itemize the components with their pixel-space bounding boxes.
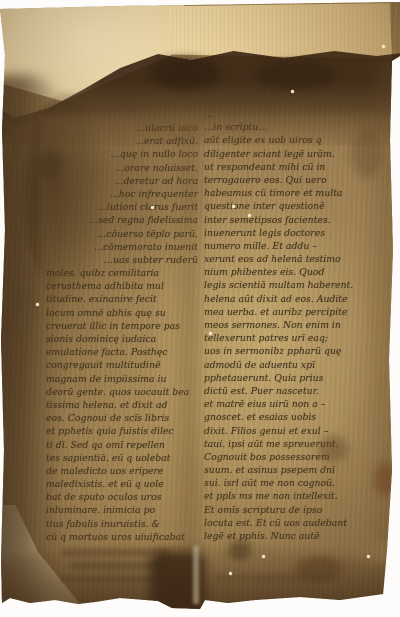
- manuscript-text-line: numero mille. Et addu –: [204, 240, 388, 253]
- manuscript-text-line: terrogauero eos. Qui uero: [204, 174, 388, 187]
- stain-spot: [352, 128, 382, 178]
- text-column-left: …ulacrū uico…erat adfixū.…quę in nullo l…: [46, 122, 198, 544]
- manuscript-text-line: sionis dominicę iudaica: [46, 333, 198, 346]
- stain-margin-right: [362, 62, 396, 542]
- manuscript-text-line: legē et pphis. Nunc autē: [204, 530, 388, 543]
- manuscript-text-line: maledixistis. et eū q uole: [46, 478, 198, 491]
- manuscript-text-line: …ulacrū uico: [46, 122, 198, 135]
- manuscript-text-line: inuenerunt legis doctores: [204, 227, 388, 240]
- manuscript-text-line: congregauit multitudinē: [46, 359, 198, 372]
- manuscript-text-line: …hoc infrequenter: [46, 188, 198, 201]
- manuscript-text-line: bat de sputo oculos uros: [46, 491, 198, 504]
- erased-text-smudge: [70, 562, 165, 569]
- age-tint-overlay: [40, 115, 395, 555]
- stain-bulge-upper-left: [25, 92, 110, 307]
- stain-spot: [374, 462, 396, 496]
- edge-vignette: [0, 0, 400, 617]
- manuscript-text-line: …deretur ad hora: [46, 175, 198, 188]
- manuscript-text-line: deorū gente. quos uocauit bea: [46, 386, 198, 399]
- stain-spot: [318, 436, 348, 462]
- parchment-fleck: [248, 214, 251, 217]
- manuscript-text-line: xerunt eos ad helenā testimo: [204, 253, 388, 266]
- crease-scratch: [193, 546, 199, 604]
- parchment-fleck: [209, 332, 212, 335]
- manuscript-text-line: …in scriptu…: [204, 121, 388, 134]
- manuscript-text-line: locum omnē abhis quę su: [46, 307, 198, 320]
- parchment-leaf: …ulacrū uico…erat adfixū.…quę in nullo l…: [0, 0, 400, 617]
- manuscript-text-line: …lutioni clarus fuerit: [46, 201, 198, 214]
- manuscript-text-line: meos sermones. Non enim in: [204, 319, 388, 332]
- manuscript-text-line: ti dī. Sed qa omī repellen: [46, 439, 198, 452]
- manuscript-text-line: Cognouit bos possessorem: [204, 451, 388, 464]
- manuscript-text-line: et pphetis quia fuistis dilec: [46, 425, 198, 438]
- manuscript-text-line: sui. isrl aūt me non cognoū.: [204, 477, 388, 490]
- manuscript-text-line: pphetauerunt. Quia prius: [204, 372, 388, 385]
- manuscript-text-line: dixit. Filios genui et exul –: [204, 425, 388, 438]
- manuscript-text-line: taui. ipsi aūt me spreuerunt.: [204, 438, 388, 451]
- manuscript-text-line: …cōuerso tēplo parū.: [46, 228, 198, 241]
- stain-band-bottom: [0, 548, 400, 617]
- unstained-strip-top-right: [168, 0, 392, 62]
- manuscript-text-line: …erat adfixū.: [46, 135, 198, 148]
- manuscript-text-line: Et omīs scriptura de ipso: [204, 504, 388, 517]
- parchment-fleck: [291, 90, 294, 93]
- stain-spot: [255, 60, 335, 90]
- manuscript-text-line: locuta est. Et cū uos audebant: [204, 517, 388, 530]
- manuscript-text-line: eos. Cognoui de scīs libris: [46, 412, 198, 425]
- parchment-fleck: [367, 555, 370, 558]
- manuscript-text-line: inluminare. inimicia po: [46, 504, 198, 517]
- stain-spot: [296, 556, 342, 582]
- pale-patch-bottom-left: [0, 505, 85, 610]
- stain-spot: [150, 56, 220, 90]
- dark-flap-bottom: [150, 550, 205, 614]
- manuscript-text-line: habeamus cū timore et multa: [204, 187, 388, 200]
- manuscript-text-line: helena aūt dixit ad eos. Audite: [204, 293, 388, 306]
- stain-band-top: [0, 46, 400, 146]
- manuscript-text-line: uos in sermonibz ppharū quę: [204, 345, 388, 358]
- erased-text-smudge: [62, 549, 170, 556]
- manuscript-text-line: …orare noluisset.: [46, 162, 198, 175]
- parchment-fleck: [151, 206, 154, 209]
- parchment-fleck: [232, 205, 235, 208]
- manuscript-photo: …ulacrū uico…erat adfixū.…quę in nullo l…: [0, 0, 400, 617]
- manuscript-text-line: …uas subter ruderū: [46, 254, 198, 267]
- stain-spot: [228, 540, 252, 560]
- manuscript-text-line: et matrē eius uirū non a –: [204, 398, 388, 411]
- manuscript-text-line: legis scientiā multam haberent.: [204, 279, 388, 292]
- parchment-fleck: [382, 45, 385, 48]
- manuscript-text-line: cerusthema adhibita mul: [46, 280, 198, 293]
- manuscript-text-line: questione inter questionē: [204, 200, 388, 213]
- manuscript-text-line: magnam de impiissima iu: [46, 373, 198, 386]
- manuscript-text-line: titudine. exinanire fecit: [46, 293, 198, 306]
- manuscript-text-line: emulatione facta. Posthęc: [46, 346, 198, 359]
- stain-strip-left: [0, 75, 64, 610]
- manuscript-text-line: dictū est. Puer nascetur.: [204, 385, 388, 398]
- gutter-shadow: [168, 115, 204, 555]
- stain-spot: [40, 150, 62, 180]
- manuscript-text-line: suum. et asinus psepem dnī: [204, 464, 388, 477]
- unstained-corner-top-left: [0, 0, 210, 130]
- manuscript-text-line: de maledicto uos eripere: [46, 465, 198, 478]
- manuscript-text-line: et ppls ms me non intellexit.: [204, 490, 388, 503]
- stain-wash-upper-left: [0, 95, 205, 285]
- manuscript-text-line: gnoscet. et esaias uobis: [204, 411, 388, 424]
- manuscript-text-line: admodū de aduentu xpī: [204, 359, 388, 372]
- manuscript-text-line: ut respondeant mihi cū in: [204, 161, 388, 174]
- manuscript-text-line: mea uerba. et auribz percipite: [204, 306, 388, 319]
- manuscript-text-line: tellexerunt patres urī eaq;: [204, 332, 388, 345]
- manuscript-text-line: aūt eligite ex uob uiros q: [204, 134, 388, 147]
- erased-text-smudge: [60, 576, 160, 582]
- manuscript-text-line: moles. quibz cemilitaria: [46, 267, 198, 280]
- manuscript-text-line: tius fabulis inuruistis. &: [46, 518, 198, 531]
- parchment-fleck: [36, 303, 39, 306]
- manuscript-text-line: …cōmemorato inuenit: [46, 241, 198, 254]
- manuscript-text-line: creuerat illic in tempore pas: [46, 320, 198, 333]
- manuscript-text-line: …: [204, 108, 388, 121]
- manuscript-text-line: tissima helena. et dixit ad: [46, 399, 198, 412]
- parchment-fleck: [262, 555, 265, 558]
- manuscript-text-line: tes sapientiā. eū q uolebat: [46, 452, 198, 465]
- manuscript-text-line: inter semetipsos facientes.: [204, 214, 388, 227]
- manuscript-text-line: cū q mortuos uros uiuificabat: [46, 531, 198, 544]
- manuscript-text-line: nium phibentes eis. Quod: [204, 266, 388, 279]
- parchment-fleck: [229, 572, 232, 575]
- manuscript-text-line: …sed regna fidelissima: [46, 214, 198, 227]
- erased-text-smudge: [215, 575, 335, 581]
- manuscript-text-line: …quę in nullo loco: [46, 148, 198, 161]
- manuscript-text-line: diligenter sciant legē urām.: [204, 148, 388, 161]
- text-column-right: ……in scriptu…aūt eligite ex uob uiros qd…: [204, 108, 388, 543]
